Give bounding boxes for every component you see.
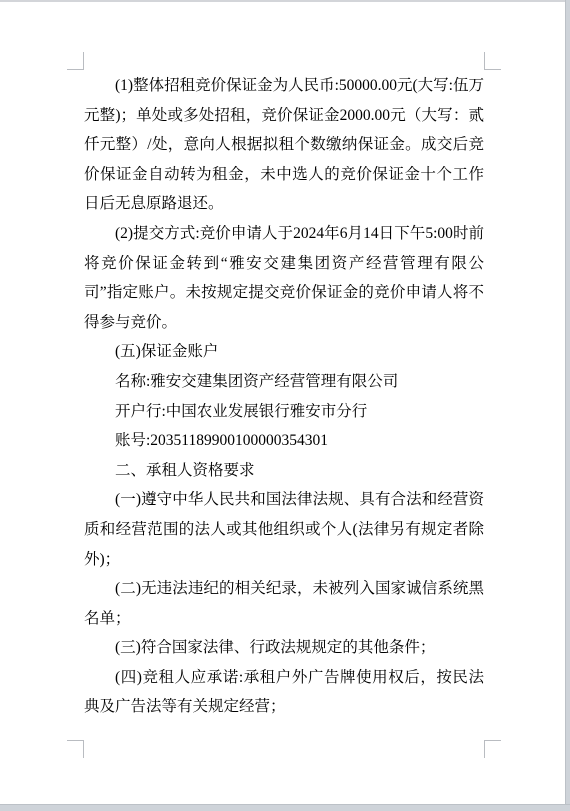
paragraph-section-two-heading[interactable]: 二、承租人资格要求: [84, 456, 484, 486]
paragraph-deposit-account-head[interactable]: (五)保证金账户: [84, 337, 484, 367]
text-boundary-mark-top-right: [484, 52, 501, 70]
document-page[interactable]: (1)整体招租竞价保证金为人民币:50000.00元(大写:伍万元整)；单处或多…: [0, 0, 570, 811]
paragraph-requirement-3[interactable]: (三)符合国家法律、行政法规规定的其他条件；: [84, 633, 484, 663]
text-boundary-mark-bottom-right: [484, 740, 501, 758]
paragraph-bank-name[interactable]: 开户行:中国农业发展银行雅安市分行: [84, 397, 484, 427]
paragraph-requirement-1[interactable]: (一)遵守中华人民共和国法律法规、具有合法和经营资质和经营范围的法人或其他组织或…: [84, 485, 484, 574]
paragraph-requirement-4[interactable]: (四)竞租人应承诺:承租户外广告牌使用权后，按民法典及广告法等有关规定经营；: [84, 663, 484, 722]
paragraph-requirement-2[interactable]: (二)无违法违纪的相关纪录，未被列入国家诚信系统黑名单；: [84, 574, 484, 633]
document-text-area[interactable]: (1)整体招租竞价保证金为人民币:50000.00元(大写:伍万元整)；单处或多…: [84, 71, 484, 722]
app-background-right-edge: [565, 0, 570, 811]
app-background-bottom-edge: [0, 804, 570, 811]
paragraph-account-name[interactable]: 名称:雅安交建集团资产经营管理有限公司: [84, 367, 484, 397]
page-top-edge: [0, 0, 570, 2]
paragraph-deposit-amount[interactable]: (1)整体招租竞价保证金为人民币:50000.00元(大写:伍万元整)；单处或多…: [84, 71, 484, 219]
paragraph-account-number[interactable]: 账号:20351189900100000354301: [84, 426, 484, 456]
paragraph-submission-method[interactable]: (2)提交方式:竞价申请人于2024年6月14日下午5:00时前将竞价保证金转到…: [84, 219, 484, 337]
text-boundary-mark-top-left: [67, 52, 84, 70]
text-boundary-mark-bottom-left: [67, 740, 84, 758]
